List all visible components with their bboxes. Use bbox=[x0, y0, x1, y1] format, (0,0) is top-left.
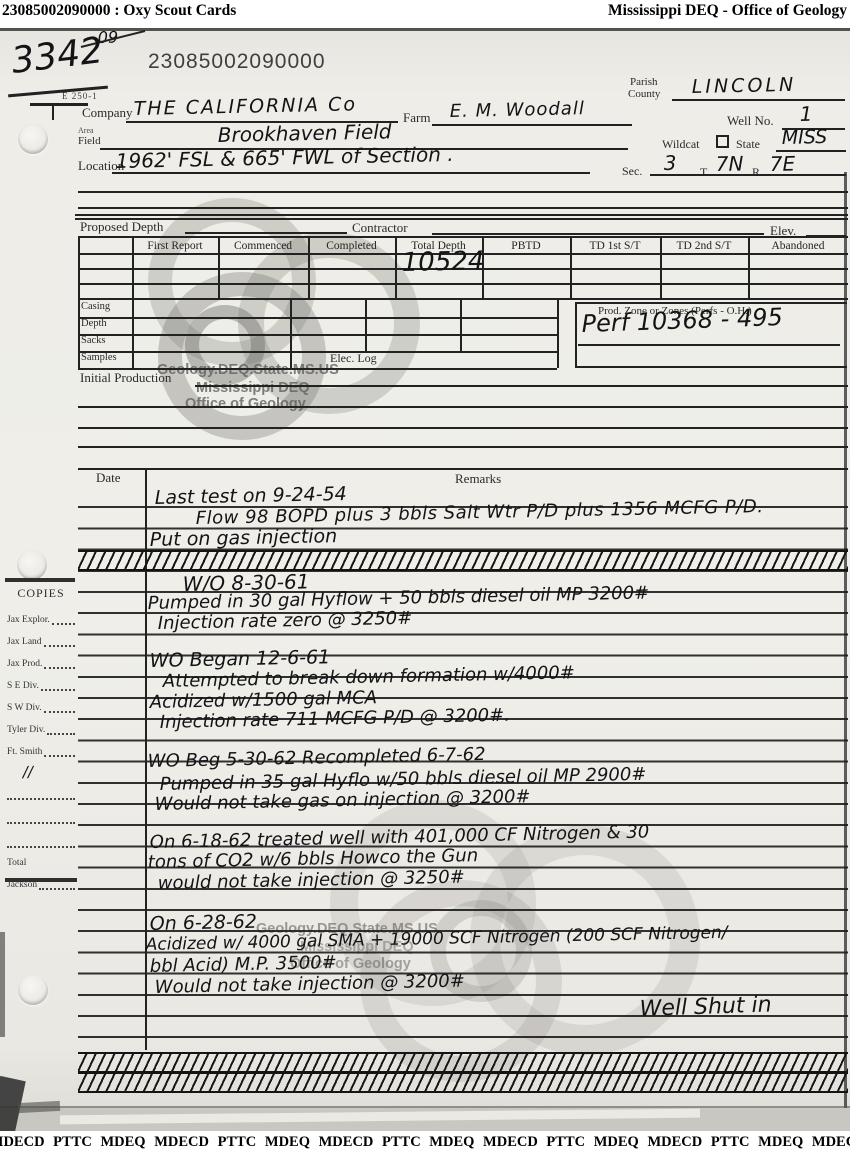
company-label: Company bbox=[82, 106, 133, 119]
hatch-separator bbox=[78, 1072, 848, 1093]
scout-card-page: { "header": { "left": "23085002090000 : … bbox=[0, 0, 850, 1151]
col-pbtd: PBTD bbox=[482, 240, 570, 252]
proposed-depth-line bbox=[185, 232, 347, 234]
farm-value: E. M. Woodall bbox=[450, 100, 585, 121]
copies-top-bar bbox=[5, 578, 75, 582]
copies-item: S W Div. bbox=[7, 699, 75, 713]
remark-line: bbl Acid) M.P. 3500# bbox=[150, 954, 337, 976]
form-code: E 250-1 bbox=[62, 92, 98, 101]
casing-vline bbox=[132, 298, 134, 368]
hatch-separator bbox=[78, 1052, 848, 1073]
dotted-line bbox=[7, 806, 75, 824]
scan-top-edge bbox=[0, 28, 850, 31]
township-label: T bbox=[700, 166, 707, 178]
grid-rule bbox=[78, 298, 848, 300]
copies-item-label: Ft. Smith bbox=[7, 747, 42, 757]
remark-line: Put on gas injection bbox=[150, 527, 338, 550]
casing-row-label: Casing bbox=[81, 302, 110, 313]
punch-hole-bottom bbox=[18, 975, 48, 1005]
copies-item-label: Jax Explor. bbox=[7, 615, 50, 625]
field-label: Field bbox=[78, 136, 101, 147]
copies-total: Total bbox=[7, 854, 75, 868]
contractor-line bbox=[432, 233, 764, 235]
grid-rule bbox=[78, 283, 848, 285]
range-value: 7E bbox=[770, 153, 796, 174]
casing-vline bbox=[290, 298, 292, 368]
casing-rule bbox=[78, 334, 557, 336]
copies-panel: COPIES Jax Explor. Jax Land Jax Prod. S … bbox=[7, 586, 75, 898]
dotted-line bbox=[44, 701, 75, 713]
field-value: Brookhaven Field bbox=[218, 121, 392, 145]
dotted-line bbox=[41, 679, 75, 691]
blank-rule bbox=[195, 385, 848, 387]
casing-vline bbox=[365, 298, 367, 351]
well-no-label: Well No. bbox=[727, 114, 774, 127]
state-value: MISS bbox=[782, 128, 828, 148]
elec-log-label: Elec. Log bbox=[330, 352, 377, 364]
blank-rule bbox=[78, 427, 848, 429]
company-value: THE CALIFORNIA Co bbox=[134, 95, 358, 119]
copies-item: Ft. Smith bbox=[7, 743, 75, 757]
copies-item-label: S W Div. bbox=[7, 703, 42, 713]
county-line bbox=[672, 99, 845, 101]
scan-left-smudge bbox=[0, 932, 5, 1037]
date-column-header: Date bbox=[96, 471, 121, 484]
col-td-1st: TD 1st S/T bbox=[570, 240, 660, 252]
api-number: 23085002090000 bbox=[148, 50, 326, 74]
copies-bottom-bar bbox=[5, 878, 77, 882]
copies-item: Jax Prod. bbox=[7, 655, 75, 669]
blank-rule bbox=[78, 446, 848, 448]
col-td-2nd: TD 2nd S/T bbox=[660, 240, 748, 252]
depth-row-label: Depth bbox=[81, 319, 107, 330]
state-label: State bbox=[736, 138, 760, 150]
copies-item-label: S E Div. bbox=[7, 681, 39, 691]
farm-label: Farm bbox=[403, 111, 430, 124]
dotted-line bbox=[44, 745, 75, 757]
table-top-rule bbox=[75, 214, 848, 216]
county-value: LINCOLN bbox=[692, 76, 797, 97]
print-header: 23085002090000 : Oxy Scout Cards Mississ… bbox=[0, 0, 850, 28]
dotted-line bbox=[7, 830, 75, 848]
watermark-url: Geology.DEQ.State.MS.US bbox=[157, 363, 339, 378]
copies-item: Tyler Div. bbox=[7, 721, 75, 735]
sec-label: Sec. bbox=[622, 165, 642, 177]
location-value: 1962' FSL & 665' FWL of Section . bbox=[116, 144, 454, 171]
proposed-depth-label: Proposed Depth bbox=[80, 220, 163, 233]
dotted-line bbox=[47, 723, 75, 735]
county-label: County bbox=[628, 89, 660, 100]
initial-production-label: Initial Production bbox=[80, 371, 171, 384]
hatch-separator bbox=[78, 550, 848, 571]
prod-zone-border bbox=[575, 302, 847, 304]
copies-item-label: Jax Prod. bbox=[7, 659, 42, 669]
copies-title: COPIES bbox=[7, 586, 75, 601]
punch-hole-top bbox=[18, 124, 48, 154]
casing-rule bbox=[78, 351, 557, 353]
remarks-top-rule bbox=[78, 468, 848, 470]
copies-item-label: Tyler Div. bbox=[7, 725, 45, 735]
print-footer: MDEQ MDECD PTTC MDEQ MDECD PTTC MDEQ MDE… bbox=[0, 1131, 850, 1151]
contractor-label: Contractor bbox=[352, 221, 408, 234]
col-completed: Completed bbox=[308, 240, 395, 252]
area-label: Area bbox=[78, 127, 94, 135]
dotted-line bbox=[44, 657, 75, 669]
copies-handwritten-mark: // bbox=[23, 764, 75, 780]
blank-rule bbox=[78, 406, 848, 408]
prod-zone-line bbox=[578, 344, 840, 346]
parish-label: Parish bbox=[630, 77, 658, 88]
total-depth-value: 10524 bbox=[401, 248, 484, 276]
remark-line-well-shut-in: Well Shut in bbox=[639, 994, 772, 1021]
col-abandoned: Abandoned bbox=[748, 240, 848, 252]
blank-rule bbox=[78, 207, 848, 209]
card-bottom-edge bbox=[0, 1106, 850, 1108]
grid-rule bbox=[78, 236, 848, 238]
watermark-office: Office of Geology bbox=[185, 397, 306, 412]
wildcat-label: Wildcat bbox=[662, 138, 700, 150]
dotted-line bbox=[44, 635, 75, 647]
punch-hole-middle bbox=[17, 550, 47, 580]
watermark-org: Mississippi DEQ bbox=[196, 381, 310, 396]
casing-vline bbox=[78, 298, 80, 368]
print-footer-text: MDEQ MDECD PTTC MDEQ MDECD PTTC MDEQ MDE… bbox=[0, 1134, 850, 1151]
col-commenced: Commenced bbox=[218, 240, 308, 252]
total-label: Total bbox=[7, 858, 26, 868]
wildcat-checkbox bbox=[716, 135, 729, 148]
well-no-value: 1 bbox=[800, 104, 813, 124]
dotted-line bbox=[7, 782, 75, 800]
farm-line bbox=[432, 124, 632, 126]
sacks-row-label: Sacks bbox=[81, 336, 106, 347]
table-top-rule bbox=[75, 218, 848, 220]
copies-item: Jax Explor. bbox=[7, 611, 75, 625]
location-line bbox=[112, 172, 590, 174]
corner-underline bbox=[30, 103, 88, 106]
copies-item-label: Jax Land bbox=[7, 637, 42, 647]
print-header-right: Mississippi DEQ - Office of Geology bbox=[608, 2, 847, 20]
sec-line bbox=[650, 174, 846, 176]
remark-line: On 6-28-62 bbox=[150, 913, 258, 934]
blank-rule bbox=[78, 191, 848, 193]
casing-rule bbox=[78, 317, 557, 319]
dotted-line bbox=[52, 613, 75, 625]
remarks-column-header: Remarks bbox=[455, 472, 501, 485]
copies-item: Jax Land bbox=[7, 633, 75, 647]
township-value: 7N bbox=[716, 153, 744, 174]
prod-zone-value: Perf 10368 - 495 bbox=[581, 305, 783, 336]
prod-zone-border bbox=[575, 302, 577, 368]
samples-row-label: Samples bbox=[81, 353, 117, 364]
corner-tick bbox=[52, 104, 54, 120]
col-first-report: First Report bbox=[132, 240, 218, 252]
range-label: R bbox=[752, 166, 760, 178]
sec-value: 3 bbox=[664, 153, 677, 173]
print-header-left: 23085002090000 : Oxy Scout Cards bbox=[2, 2, 236, 20]
copies-item: S E Div. bbox=[7, 677, 75, 691]
casing-vline bbox=[557, 298, 559, 368]
prod-zone-border bbox=[575, 366, 847, 368]
casing-vline bbox=[460, 298, 462, 351]
